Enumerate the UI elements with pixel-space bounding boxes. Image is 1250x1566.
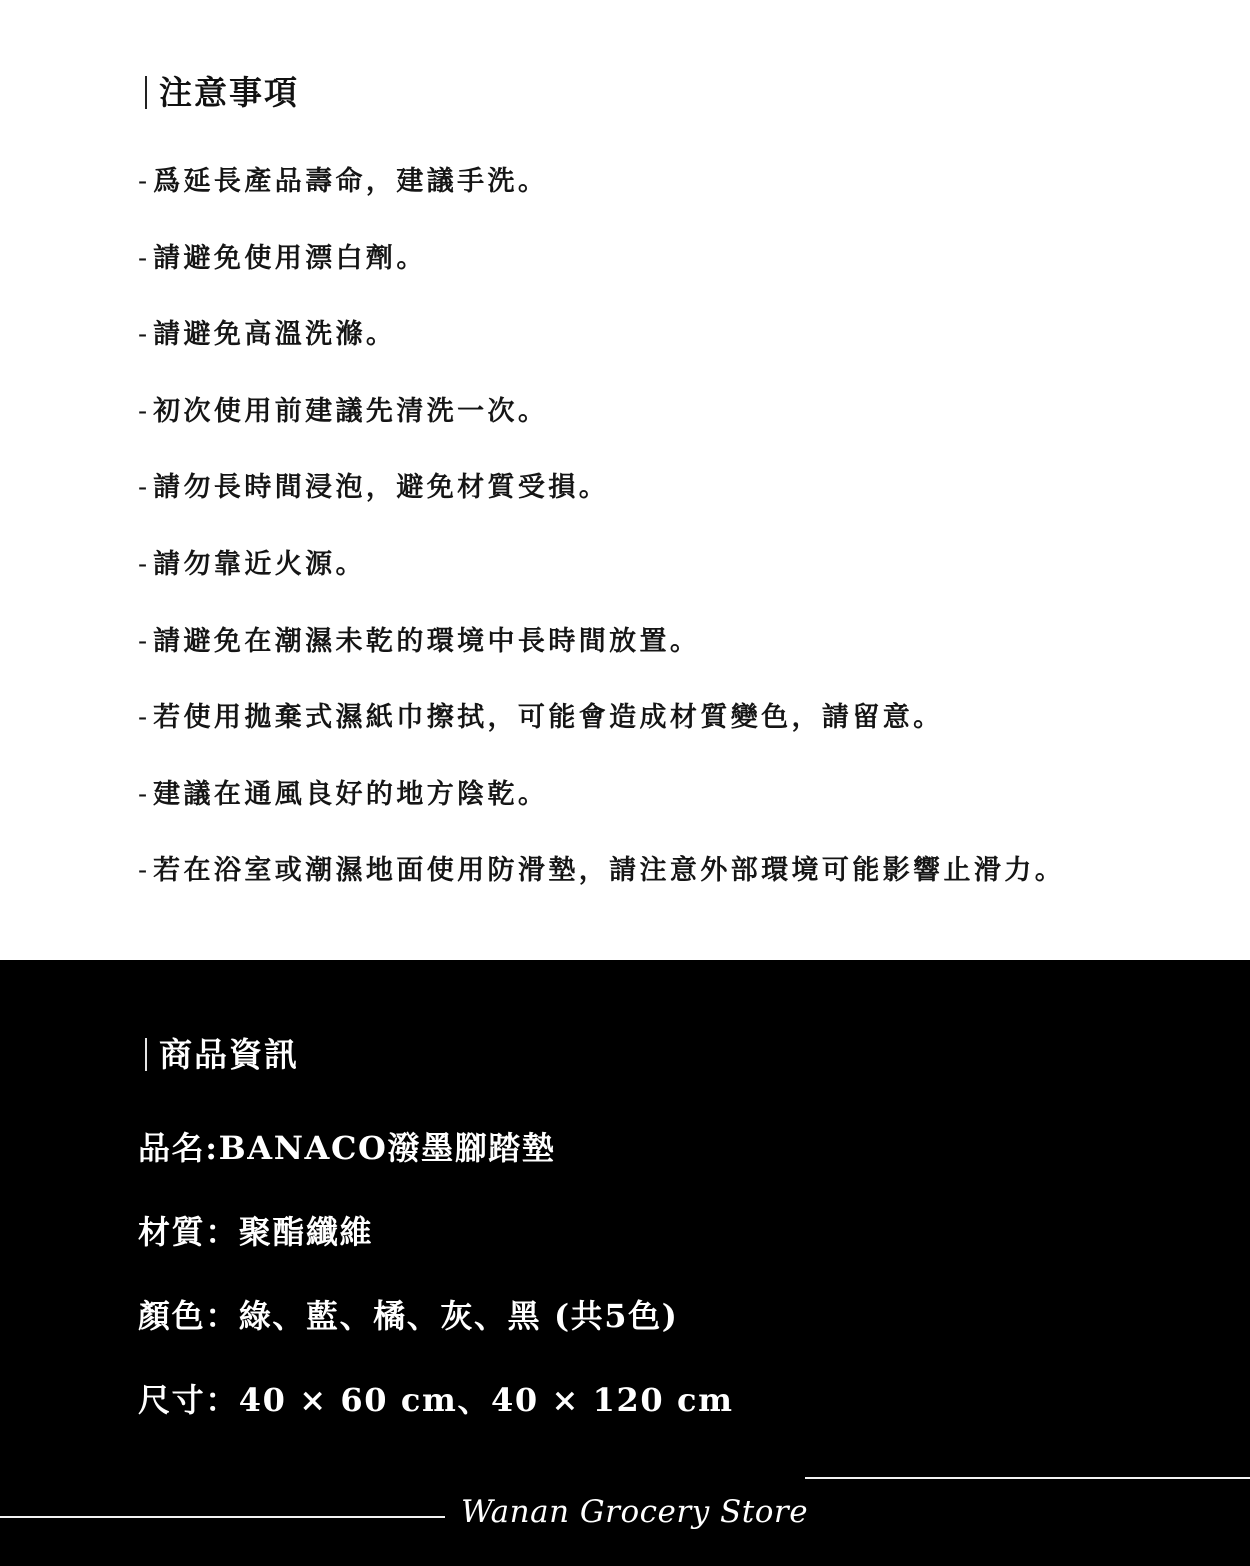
bullet-dash: -	[138, 779, 147, 810]
product-info-heading: 商品資訊	[145, 1038, 299, 1071]
care-note-text: 建議在通風良好的地方陰乾。	[153, 779, 548, 810]
product-name-row: 品名:BANACO潑墨腳踏墊	[138, 1128, 734, 1212]
care-note-item: -請勿長時間浸泡，避免材質受損。	[138, 468, 1065, 545]
product-info-section: 商品資訊 品名:BANACO潑墨腳踏墊 材質：聚酯纖維 顏色：綠、藍、橘、灰、黑…	[0, 960, 1250, 1566]
care-note-item: -初次使用前建議先清洗一次。	[138, 392, 1065, 469]
care-note-item: -請避免在潮濕未乾的環境中長時間放置。	[138, 622, 1065, 699]
care-instructions-section: 注意事項 -爲延長產品壽命，建議手洗。 -請避免使用漂白劑。 -請避免高溫洗滌。…	[0, 0, 1250, 960]
care-note-item: -爲延長產品壽命，建議手洗。	[138, 162, 1065, 239]
brand-logo-text: Wanan Grocery Store	[461, 1494, 808, 1531]
care-note-text: 初次使用前建議先清洗一次。	[153, 396, 548, 427]
care-note-item: -請勿靠近火源。	[138, 545, 1065, 622]
care-heading: 注意事項	[145, 76, 299, 109]
bullet-dash: -	[138, 549, 147, 580]
care-note-item: -請避免高溫洗滌。	[138, 315, 1065, 392]
care-note-text: 若使用拋棄式濕紙巾擦拭，可能會造成材質變色，請留意。	[153, 702, 943, 733]
bullet-dash: -	[138, 702, 147, 733]
care-note-text: 若在浴室或潮濕地面使用防滑墊，請注意外部環境可能影響止滑力。	[153, 855, 1065, 886]
bullet-dash: -	[138, 396, 147, 427]
care-note-text: 請避免在潮濕未乾的環境中長時間放置。	[153, 626, 700, 657]
bullet-dash: -	[138, 855, 147, 886]
divider-line-left	[0, 1516, 445, 1518]
divider-line-right	[805, 1477, 1250, 1479]
care-note-item: -請避免使用漂白劑。	[138, 239, 1065, 316]
product-size-row: 尺寸：40 × 60 cm、40 × 120 cm	[138, 1380, 734, 1464]
product-info-heading-text: 商品資訊	[159, 1038, 299, 1071]
bullet-dash: -	[138, 166, 147, 197]
heading-accent-bar	[145, 1038, 147, 1071]
care-note-text: 請勿長時間浸泡，避免材質受損。	[153, 472, 609, 503]
care-note-text: 爲延長產品壽命，建議手洗。	[153, 166, 548, 197]
heading-accent-bar	[145, 76, 147, 109]
care-notes-list: -爲延長產品壽命，建議手洗。 -請避免使用漂白劑。 -請避免高溫洗滌。 -初次使…	[138, 162, 1065, 928]
product-colors-row: 顏色：綠、藍、橘、灰、黑 (共5色)	[138, 1296, 734, 1380]
bullet-dash: -	[138, 626, 147, 657]
bullet-dash: -	[138, 472, 147, 503]
care-note-item: -建議在通風良好的地方陰乾。	[138, 775, 1065, 852]
care-heading-text: 注意事項	[159, 76, 299, 109]
care-note-text: 請避免使用漂白劑。	[153, 243, 427, 274]
care-note-text: 請避免高溫洗滌。	[153, 319, 396, 350]
bullet-dash: -	[138, 319, 147, 350]
care-note-item: -若使用拋棄式濕紙巾擦拭，可能會造成材質變色，請留意。	[138, 698, 1065, 775]
care-note-item: -若在浴室或潮濕地面使用防滑墊，請注意外部環境可能影響止滑力。	[138, 851, 1065, 928]
bullet-dash: -	[138, 243, 147, 274]
product-info-list: 品名:BANACO潑墨腳踏墊 材質：聚酯纖維 顏色：綠、藍、橘、灰、黑 (共5色…	[138, 1128, 734, 1464]
product-material-row: 材質：聚酯纖維	[138, 1212, 734, 1296]
care-note-text: 請勿靠近火源。	[153, 549, 366, 580]
